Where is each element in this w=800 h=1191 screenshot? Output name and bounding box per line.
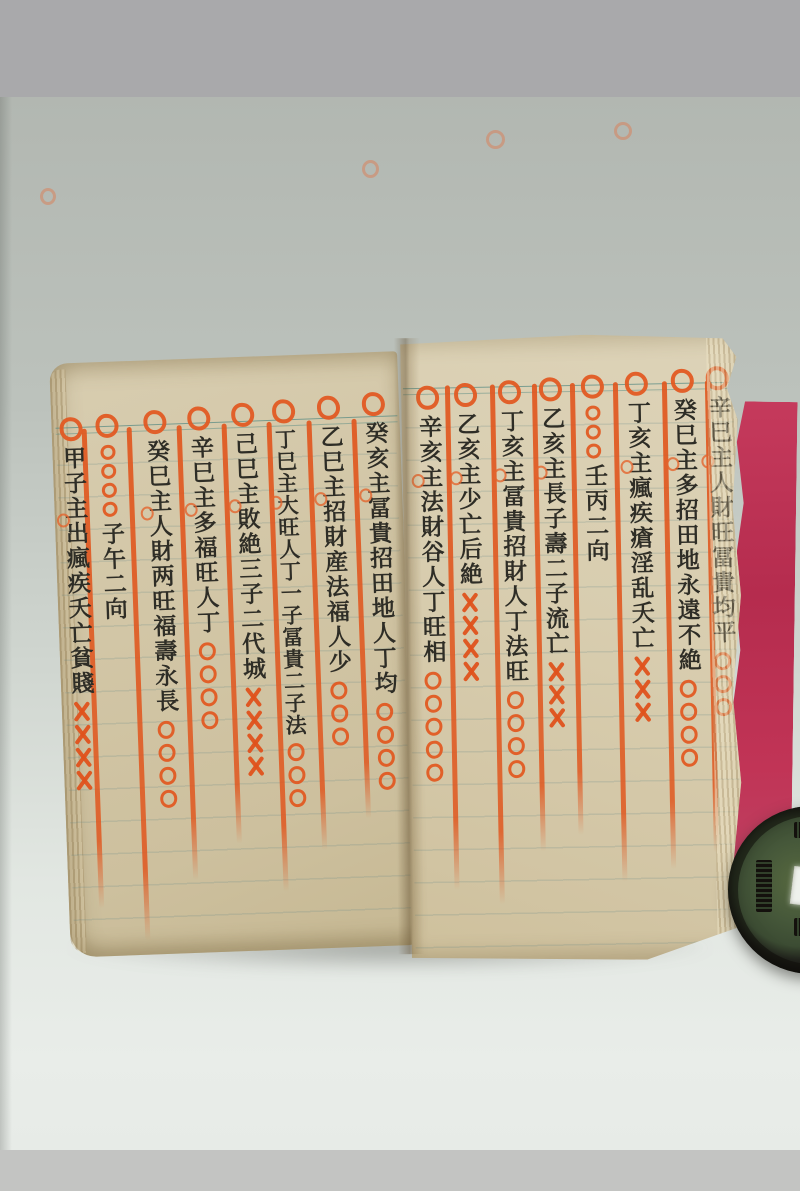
circle-mark — [680, 702, 697, 720]
cross-mark — [71, 701, 92, 723]
circle-mark — [376, 725, 394, 744]
pre-marks — [100, 443, 118, 519]
circle-mark — [426, 763, 443, 781]
circle-mark — [507, 713, 524, 731]
cross-mark — [71, 724, 92, 746]
column-text: 甲子主出瘋疾夭亡貧賤 — [60, 446, 92, 697]
open-book: 癸亥主冨貴招田地人丁均 乙巳主招財産法福人少 丁巳主大旺人丁一子冨貴二子法 己巳… — [56, 327, 800, 984]
circle-mark — [377, 748, 395, 767]
column-text: 乙亥主少亡后絶 — [454, 412, 480, 587]
column-head-circle — [271, 399, 295, 424]
column-text: 辛巳主多福旺人丁 — [187, 435, 217, 636]
cross-mark — [242, 686, 263, 708]
circle-mark — [425, 717, 442, 735]
column-text: 辛巳主人財旺冨貴均平 — [706, 395, 734, 645]
cross-mark — [460, 638, 480, 659]
circle-mark — [159, 789, 177, 808]
emphasis-ring — [701, 454, 714, 468]
column-head-circle — [186, 406, 210, 431]
circle-mark — [157, 720, 175, 739]
circle-mark — [586, 443, 601, 458]
circle-mark — [330, 681, 348, 700]
circle-mark — [424, 671, 441, 689]
manuscript-column: 癸巳主多招田地永遠不絶 — [663, 369, 709, 770]
circle-mark — [288, 788, 306, 807]
result-marks — [713, 649, 731, 718]
circle-mark — [424, 694, 441, 712]
circle-mark — [680, 748, 697, 766]
photo-of-open-manuscript-book: 癸亥主冨貴招田地人丁均 乙巳主招財産法福人少 丁巳主大旺人丁一子冨貴二子法 己巳… — [0, 0, 800, 1191]
circle-mark — [679, 679, 696, 697]
column-text: 丁亥主冨貴招財人丁法旺 — [498, 409, 526, 684]
manuscript-column: 壬丙二向 — [573, 374, 615, 564]
column-head-circle — [580, 374, 603, 398]
result-marks — [459, 591, 481, 683]
circle-mark — [508, 759, 525, 777]
circle-mark — [159, 766, 177, 785]
column-head-circle — [230, 402, 254, 427]
cross-mark — [72, 747, 93, 769]
column-text: 乙巳主招財産法福人少 — [317, 424, 349, 675]
manuscript-column: 乙亥主少亡后絶 — [446, 383, 490, 684]
stray-mark — [614, 122, 632, 140]
circle-mark — [288, 765, 306, 784]
column-head-circle — [453, 383, 476, 407]
circle-mark — [198, 642, 216, 661]
column-head-circle — [705, 366, 728, 390]
left-page: 癸亥主冨貴招田地人丁均 乙巳主招財産法福人少 丁巳主大旺人丁一子冨貴二子法 己巳… — [49, 351, 419, 957]
column-head-circle — [316, 395, 340, 420]
cross-mark — [459, 592, 479, 613]
cross-mark — [545, 661, 565, 682]
cross-mark — [631, 656, 651, 677]
cross-mark — [243, 709, 264, 731]
column-head-circle — [361, 392, 385, 417]
circle-mark — [201, 711, 219, 730]
coin-inscription — [756, 860, 772, 912]
circle-mark — [199, 665, 217, 684]
column-text: 癸巳主多招田地永遠不絶 — [671, 398, 699, 673]
cross-mark — [245, 755, 266, 777]
stray-mark — [486, 130, 505, 149]
cross-mark — [546, 707, 566, 728]
circle-mark — [506, 690, 523, 708]
stray-mark — [40, 188, 56, 205]
cross-mark — [73, 770, 94, 792]
circle-mark — [585, 424, 600, 439]
circle-mark — [378, 771, 396, 790]
result-marks — [329, 678, 349, 748]
column-head-circle — [624, 372, 647, 396]
coin-square-hole — [790, 866, 800, 908]
result-marks — [506, 688, 525, 780]
column-text: 癸亥主冨貴招田地人丁均 — [362, 421, 395, 697]
result-marks — [198, 639, 218, 732]
column-head-circle — [142, 410, 166, 435]
circle-mark — [507, 736, 524, 754]
column-text: 丁亥主瘋疾瘡淫乱夭亡 — [625, 401, 653, 651]
column-text: 子午二向 — [99, 521, 126, 622]
manuscript-column: 丁亥主冨貴招財人丁法旺 — [490, 380, 536, 781]
cross-mark — [632, 702, 652, 723]
cross-mark — [632, 679, 652, 700]
result-marks — [679, 677, 698, 769]
cross-mark — [460, 661, 480, 682]
circle-mark — [714, 651, 731, 669]
column-head-circle — [59, 417, 83, 442]
cross-mark — [244, 732, 265, 754]
background-bottom-band — [0, 1150, 800, 1191]
result-marks — [71, 700, 94, 793]
circle-mark — [101, 483, 117, 499]
circle-mark — [714, 697, 731, 715]
stray-mark — [362, 160, 379, 178]
column-text: 壬丙二向 — [582, 463, 607, 563]
column-text: 癸巳主人財两旺福壽永長 — [144, 439, 177, 715]
background-top-band — [0, 0, 800, 97]
circle-mark — [680, 725, 697, 743]
background-left-shade — [0, 97, 12, 1191]
circle-mark — [585, 405, 600, 420]
circle-mark — [158, 743, 176, 762]
result-marks — [545, 660, 566, 729]
circle-mark — [287, 742, 305, 761]
result-marks — [631, 655, 652, 724]
manuscript-column: 丁亥主瘋疾瘡淫乱夭亡 — [617, 371, 662, 724]
result-marks — [424, 669, 443, 784]
column-head-circle — [95, 413, 119, 438]
coin-inscription — [794, 918, 800, 936]
circle-mark — [200, 688, 218, 707]
circle-mark — [714, 674, 731, 692]
result-marks — [287, 740, 307, 810]
result-marks — [375, 700, 395, 793]
result-marks — [157, 718, 177, 811]
circle-mark — [100, 445, 116, 461]
circle-mark — [100, 464, 116, 480]
right-page: 辛巳主人財旺冨貴均平 癸巳主多招田地永遠不絶 丁亥主瘋疾瘡淫乱夭亡 壬丙二向 — [400, 332, 748, 964]
coin-inscription — [794, 822, 800, 838]
column-head-circle — [497, 380, 520, 404]
column-head-circle — [538, 377, 561, 401]
cross-mark — [459, 615, 479, 636]
circle-mark — [375, 702, 393, 721]
manuscript-column: 乙亥主長子壽二子流亡 — [531, 377, 576, 730]
result-marks — [242, 685, 265, 778]
circle-mark — [425, 740, 442, 758]
column-text: 己巳主敗絶三子二代城 — [231, 431, 263, 682]
circle-mark — [330, 704, 348, 723]
column-text: 丁巳主大旺人丁一子冨貴二子法 — [273, 428, 305, 737]
pre-marks — [585, 403, 601, 460]
column-head-circle — [670, 369, 693, 393]
book-spine-fold — [394, 338, 424, 954]
column-text: 乙亥主長子壽二子流亡 — [539, 406, 567, 656]
circle-mark — [102, 502, 118, 518]
cross-mark — [546, 684, 566, 705]
circle-mark — [331, 727, 349, 746]
